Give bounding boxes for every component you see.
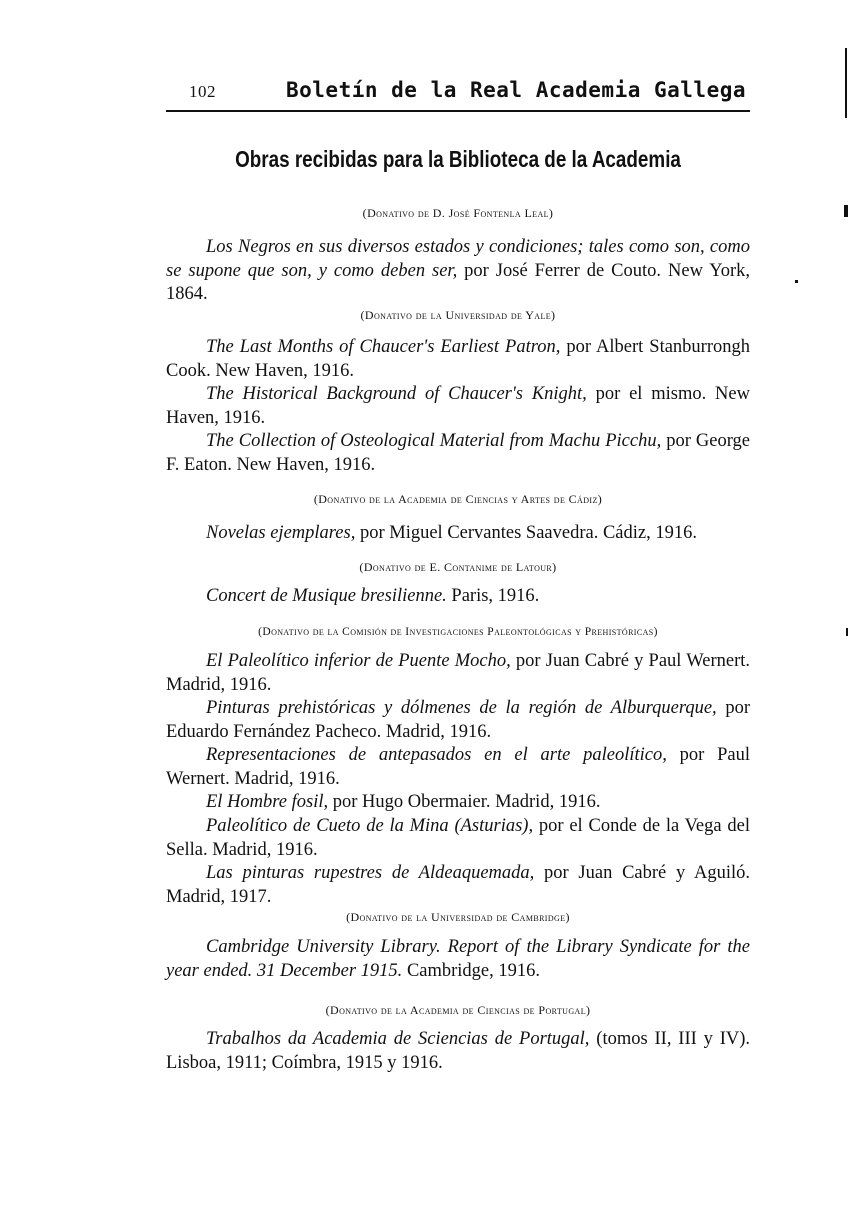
donor-heading: (Donativo de la Academia de Ciencias de …	[166, 1003, 750, 1018]
donor-heading: (Donativo de la Universidad de Cambridge…	[166, 910, 750, 925]
bibliography-entry: Concert de Musique bresilienne. Paris, 1…	[166, 585, 750, 609]
entry-title: The Last Months of Chaucer's Earliest Pa…	[206, 337, 560, 357]
bibliography-entry: The Collection of Osteological Material …	[166, 430, 750, 477]
entry-details: Cambridge, 1916.	[402, 961, 540, 981]
entry-title: Trabalhos da Academia de Sciencias de Po…	[206, 1029, 589, 1049]
entry-details: por Miguel Cervantes Saavedra. Cádiz, 19…	[355, 523, 697, 543]
entry-title: The Historical Background of Chaucer's K…	[206, 384, 587, 404]
bibliography-entry: Las pinturas rupestres de Aldeaquemada, …	[166, 862, 750, 909]
scan-edge-mark	[846, 628, 848, 636]
document-page: 102 Boletín de la Real Academia Gallega …	[0, 0, 850, 1215]
donor-heading: (Donativo de D. José Fontenla Leal)	[166, 206, 750, 221]
donor-heading: (Donativo de la Comisión de Investigacio…	[166, 626, 750, 638]
entry-title: Novelas ejemplares,	[206, 523, 355, 543]
entry-title: The Collection of Osteological Material …	[206, 431, 661, 451]
entry-title: Pinturas prehistóricas y dólmenes de la …	[206, 698, 717, 718]
donor-heading: (Donativo de la Academia de Ciencias y A…	[166, 492, 750, 507]
scan-edge-mark	[844, 205, 848, 217]
bibliography-entry: The Last Months of Chaucer's Earliest Pa…	[166, 336, 750, 383]
bibliography-entry: El Paleolítico inferior de Puente Mocho,…	[166, 650, 750, 697]
bibliography-entry: El Hombre fosil, por Hugo Obermaier. Mad…	[166, 791, 750, 815]
bibliography-entry: The Historical Background of Chaucer's K…	[166, 383, 750, 430]
page-number: 102	[189, 82, 216, 102]
entry-title: Paleolítico de Cueto de la Mina (Asturia…	[206, 816, 533, 836]
entry-title: El Hombre fosil,	[206, 792, 328, 812]
entry-title: Concert de Musique bresilienne.	[206, 586, 447, 606]
donor-heading: (Donativo de E. Contanime de Latour)	[166, 560, 750, 575]
header-rule	[166, 110, 750, 112]
bibliography-entry: Los Negros en sus diversos estados y con…	[166, 236, 750, 307]
bibliography-entry: Cambridge University Library. Report of …	[166, 936, 750, 983]
running-header: 102 Boletín de la Real Academia Gallega	[166, 78, 750, 110]
entry-title: Representaciones de antepasados en el ar…	[206, 745, 667, 765]
bibliography-entry: Pinturas prehistóricas y dólmenes de la …	[166, 697, 750, 744]
entry-title: Las pinturas rupestres de Aldeaquemada,	[206, 863, 534, 883]
bibliography-entry: Trabalhos da Academia de Sciencias de Po…	[166, 1028, 750, 1075]
scan-speck	[795, 280, 798, 283]
bibliography-entry: Novelas ejemplares, por Miguel Cervantes…	[166, 522, 750, 546]
scan-edge-mark	[845, 48, 847, 118]
running-title: Boletín de la Real Academia Gallega	[286, 78, 746, 102]
bibliography-entry: Representaciones de antepasados en el ar…	[166, 744, 750, 791]
entry-details: Paris, 1916.	[447, 586, 540, 606]
section-title: Obras recibidas para la Biblioteca de la…	[219, 146, 698, 173]
donor-heading: (Donativo de la Universidad de Yale)	[166, 308, 750, 323]
bibliography-entry: Paleolítico de Cueto de la Mina (Asturia…	[166, 815, 750, 862]
entry-details: por Hugo Obermaier. Madrid, 1916.	[328, 792, 600, 812]
entry-title: El Paleolítico inferior de Puente Mocho,	[206, 651, 511, 671]
